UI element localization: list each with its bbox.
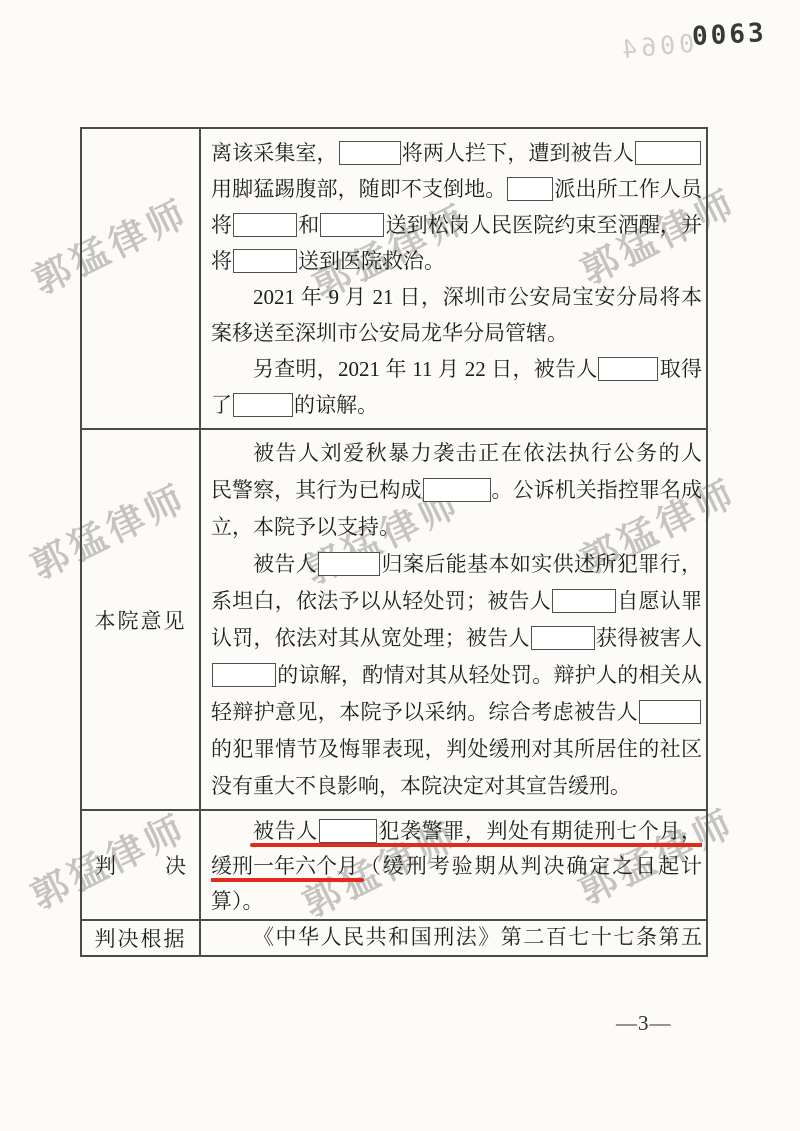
text-segment: 立，本院予以支持。 (211, 515, 400, 539)
text-segment: 认罚，依法对其从宽处理；被告人 (211, 626, 530, 650)
redaction-box (233, 393, 293, 417)
table-row: 离该采集室，将两人拦下，遭到被告人用脚猛踢腹部，随即不支倒地。派出所工作人员将和… (82, 129, 706, 430)
label-char: 判 (95, 850, 116, 880)
text-line: 系坦白，依法予以从轻处罚；被告人自愿认罪 (211, 583, 702, 620)
text-line: 将送到医院救治。 (211, 243, 702, 279)
text-line: 的犯罪情节及悔罪表现，判处缓刑对其所居住的社区 (211, 731, 702, 768)
text-segment: 离该采集室， (211, 141, 338, 165)
redaction-box (635, 141, 701, 165)
text-line: 算）。 (211, 884, 702, 919)
redaction-box (233, 213, 297, 237)
redaction-box (423, 478, 491, 502)
text-segment: 被告人刘爱秋暴力袭击正在依法执行公务的人 (253, 441, 702, 465)
text-segment: 送到松岗人民医院约束至酒醒，并 (385, 213, 702, 237)
text-segment: 系坦白，依法予以从轻处罚；被告人 (211, 589, 551, 613)
redaction-box (598, 357, 658, 381)
text-segment: 被告人 (253, 552, 317, 576)
text-segment: 算）。 (211, 889, 264, 913)
text-line: 轻辩护意见，本院予以采纳。综合考虑被告人 (211, 694, 702, 731)
text-line: 案移送至深圳市公安局龙华分局管辖。 (211, 315, 702, 351)
redaction-box (552, 589, 616, 613)
text-line: 离该采集室，将两人拦下，遭到被告人 (211, 135, 702, 171)
text-line: 被告人刘爱秋暴力袭击正在依法执行公务的人 (211, 435, 702, 472)
text-segment: 的谅解，酌情对其从轻处罚。辩护人的相关从 (277, 663, 702, 687)
text-segment: 取得 (659, 357, 702, 381)
text-line: 的谅解，酌情对其从轻处罚。辩护人的相关从 (211, 657, 702, 694)
redaction-box (318, 552, 380, 576)
stamp-number: 0063 (691, 18, 767, 52)
text-segment: 送到医院救治。 (298, 249, 445, 273)
text-segment: 的谅解。 (294, 393, 378, 417)
row-content-cell: 《中华人民共和国刑法》第二百七十七条第五 (201, 921, 706, 955)
table-row: 判决被告人犯袭警罪，判处有期徒刑七个月，缓刑一年六个月（缓刑考验期从判决确定之日… (82, 811, 706, 921)
text-segment: （缓刑考验期从判决确定之日起计 (358, 854, 702, 878)
text-segment: 。公诉机关指控罪名成 (492, 478, 703, 502)
text-segment: 案移送至深圳市公安局龙华分局管辖。 (211, 321, 568, 345)
row-label-cell: 本院意见 (82, 430, 201, 809)
text-line: 2021 年 9 月 21 日，深圳市公安局宝安分局将本 (211, 279, 702, 315)
text-line: 认罚，依法对其从宽处理；被告人获得被害人 (211, 620, 702, 657)
text-line: 将和送到松岗人民医院约束至酒醒，并 (211, 207, 702, 243)
text-segment: 被告人 (253, 819, 318, 843)
text-line: 缓刑一年六个月（缓刑考验期从判决确定之日起计 (211, 849, 702, 884)
text-segment: 自愿认罪 (617, 589, 702, 613)
text-segment: 获得被害人 (596, 626, 702, 650)
text-segment: 《中华人民共和国刑法》第二百七十七条第五 (253, 925, 702, 949)
text-line: 立，本院予以支持。 (211, 509, 702, 546)
text-segment: 归案后能基本如实供述所犯罪行， (381, 552, 702, 576)
redaction-box (212, 663, 276, 687)
text-segment: 2021 年 9 月 21 日，深圳市公安局宝安分局将本 (253, 285, 702, 309)
underlined-run: 被告人犯袭警罪，判处有期徒刑七个月， (253, 814, 702, 849)
label-char: 决 (165, 850, 186, 880)
text-segment: 和 (298, 213, 319, 237)
row-label-cell (82, 129, 201, 428)
text-segment: 将 (211, 213, 232, 237)
row-label-cell: 判决 (82, 811, 201, 919)
text-segment: 民警察，其行为已构成 (211, 478, 422, 502)
text-segment: 的犯罪情节及悔罪表现，判处缓刑对其所居住的社区 (211, 737, 702, 761)
page-number: —3— (616, 1011, 672, 1036)
text-line: 被告人归案后能基本如实供述所犯罪行， (211, 546, 702, 583)
text-line: 民警察，其行为已构成。公诉机关指控罪名成 (211, 472, 702, 509)
text-segment: 另查明，2021 年 11 月 22 日，被告人 (253, 357, 597, 381)
text-line: 另查明，2021 年 11 月 22 日，被告人取得 (211, 351, 702, 387)
text-segment: 将 (211, 249, 232, 273)
text-segment: 了 (211, 393, 232, 417)
text-segment: 轻辩护意见，本院予以采纳。综合考虑被告人 (211, 700, 638, 724)
text-segment: 犯袭警罪，判处有期徒刑七个月， (378, 819, 702, 843)
judgment-table: 离该采集室，将两人拦下，遭到被告人用脚猛踢腹部，随即不支倒地。派出所工作人员将和… (80, 127, 708, 957)
redaction-box (320, 213, 384, 237)
text-line: 没有重大不良影响，本院决定对其宣告缓刑。 (211, 768, 702, 805)
text-line: 用脚猛踢腹部，随即不支倒地。派出所工作人员 (211, 171, 702, 207)
underlined-text: 缓刑一年六个月 (211, 849, 358, 884)
table-row: 本院意见被告人刘爱秋暴力袭击正在依法执行公务的人民警察，其行为已构成。公诉机关指… (82, 430, 706, 811)
text-line: 《中华人民共和国刑法》第二百七十七条第五 (211, 922, 702, 953)
redaction-box (507, 177, 553, 201)
text-segment: 将两人拦下，遭到被告人 (402, 141, 634, 165)
stamp-number-bleedthrough: 0064 (617, 29, 695, 65)
text-segment: 派出所工作人员 (554, 177, 702, 201)
redaction-box (531, 626, 595, 650)
redaction-box (639, 700, 701, 724)
row-content-cell: 被告人犯袭警罪，判处有期徒刑七个月，缓刑一年六个月（缓刑考验期从判决确定之日起计… (201, 811, 706, 919)
row-content-cell: 离该采集室，将两人拦下，遭到被告人用脚猛踢腹部，随即不支倒地。派出所工作人员将和… (201, 129, 706, 428)
text-line: 被告人犯袭警罪，判处有期徒刑七个月， (211, 814, 702, 849)
redaction-box (233, 249, 297, 273)
redaction-box (319, 819, 377, 843)
row-label-cell: 判决根据 (82, 921, 201, 955)
text-segment: 用脚猛踢腹部，随即不支倒地。 (211, 177, 506, 201)
table-row: 判决根据《中华人民共和国刑法》第二百七十七条第五 (82, 921, 706, 955)
text-segment: 没有重大不良影响，本院决定对其宣告缓刑。 (211, 774, 631, 798)
scanned-judgment-page: 郭猛律师 郭猛律师 郭猛律师 郭猛律师 郭猛律师 郭猛律师 郭猛律师 郭猛律师 … (0, 0, 800, 1131)
text-line: 了的谅解。 (211, 387, 702, 423)
redaction-box (339, 141, 401, 165)
row-content-cell: 被告人刘爱秋暴力袭击正在依法执行公务的人民警察，其行为已构成。公诉机关指控罪名成… (201, 430, 706, 809)
